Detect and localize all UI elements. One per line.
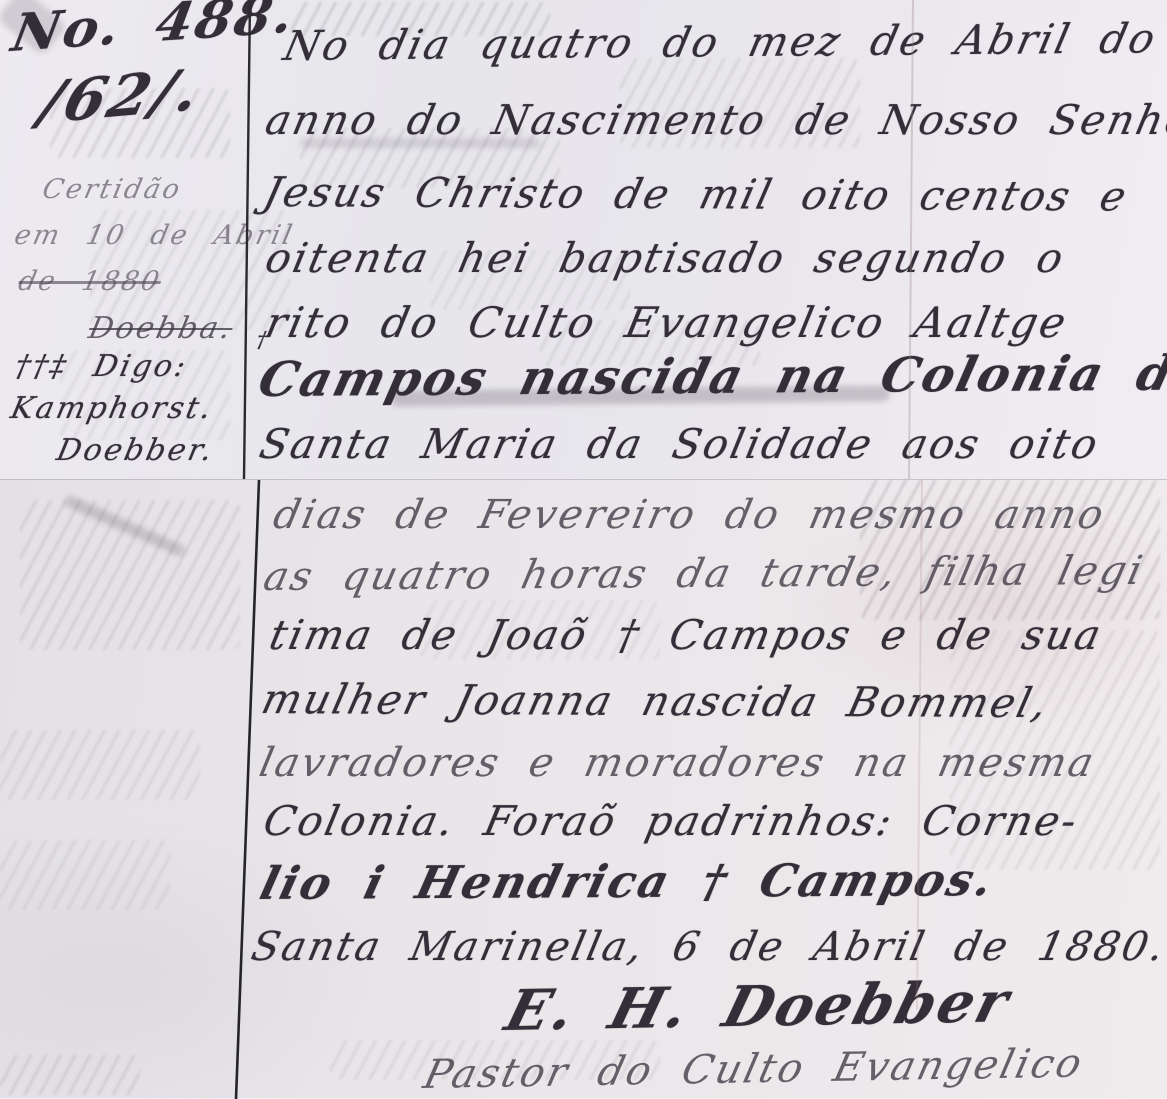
- entry-line: lavradores e moradores na mesma: [256, 743, 1099, 783]
- margin-note-certidao: Certidão: [40, 176, 184, 203]
- entry-line: mulher Joanna nascida Bommel,: [258, 679, 1053, 724]
- file-number: /62/.: [34, 61, 207, 132]
- entry-line-dateline: Santa Marinella, 6 de Abril de 1880.: [248, 927, 1167, 967]
- bleed-through-mark: [0, 840, 170, 910]
- entry-line: as quatro horas da tarde, filha legi: [260, 551, 1148, 597]
- entry-line: No dia quatro do mez de Abril do: [280, 18, 1161, 67]
- margin-name-doebba: Doebba.: [86, 314, 236, 344]
- margin-name-doebber: Doebber.: [54, 436, 217, 466]
- entry-line: tima de Joaõ † Campos e de sua: [266, 615, 1106, 656]
- entry-line: dias de Fevereiro do mesmo anno: [270, 495, 1109, 535]
- signature-title: Pastor do Culto Evangelico: [420, 1044, 1088, 1095]
- scan-segment-top: No. 488. /62/. Certidão em 10 de Abril d…: [0, 0, 1167, 479]
- margin-note-digo: ††‡ Digo:: [12, 352, 190, 382]
- entry-line: oitenta hei baptisado segundo o: [262, 238, 1069, 279]
- margin-name-kamphorst: Kamphorst.: [8, 394, 216, 424]
- entry-line: anno do Nascimento de Nosso Senhor: [262, 100, 1167, 141]
- entry-line: Jesus Christo de mil oito centos e: [260, 172, 1132, 218]
- entry-line: Campos nascida na Colonia de: [254, 349, 1167, 404]
- entry-line: Colonia. Foraõ padrinhos: Corne-: [260, 801, 1082, 842]
- entry-line: rito do Culto Evangelico Aaltge: [262, 302, 1072, 344]
- margin-note-year: de 1880: [16, 268, 164, 295]
- margin-note-date: em 10 de Abril: [12, 222, 297, 249]
- bleed-through-mark: [0, 730, 200, 800]
- scan-segment-bottom: dias de Fevereiro do mesmo anno as quatr…: [0, 479, 1167, 1099]
- baptism-register-scan: No. 488. /62/. Certidão em 10 de Abril d…: [0, 0, 1167, 1099]
- cross-mark: †: [254, 330, 272, 352]
- entry-line: Santa Maria da Solidade aos oito: [256, 424, 1103, 465]
- bleed-through-mark: [0, 1055, 140, 1095]
- bleed-through-mark: [20, 500, 240, 650]
- ink-smear: [63, 494, 187, 558]
- record-number: No. 488.: [8, 0, 300, 60]
- entry-line: lio i Hendrica † Campos.: [256, 857, 999, 906]
- signature: E. H. Doebber: [500, 974, 1017, 1039]
